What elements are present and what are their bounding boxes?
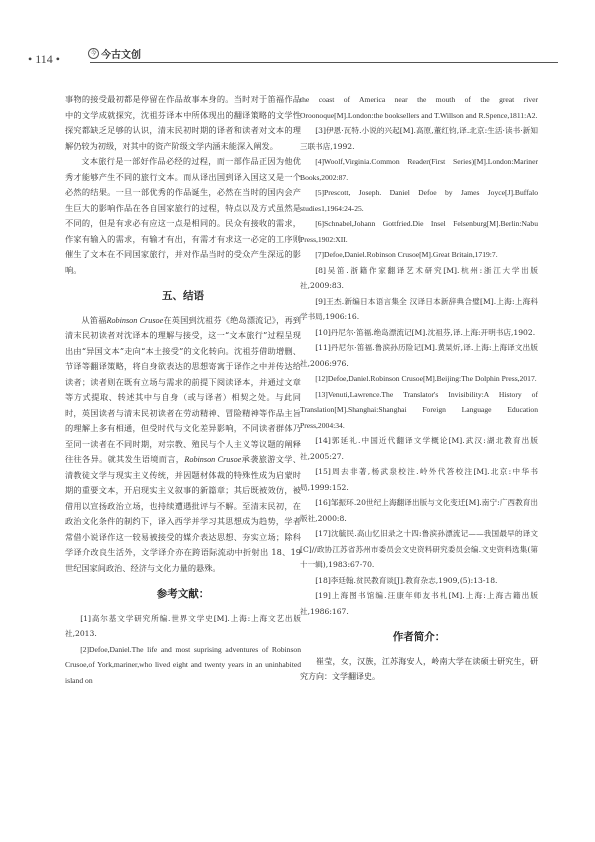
journal-brand: 今 今古文创	[88, 46, 141, 61]
page-number: • 114 •	[28, 52, 60, 67]
reference-item: [9]王杰.新编日本语言集全 汉译日本新辞典合璧[M].上海:上海科学书局,19…	[300, 294, 538, 325]
header-divider	[90, 62, 558, 63]
left-column: 事物的接受最初都是停留在作品故事本身的。当时对于笛福作品中的文学成就探究，沈祖芬…	[65, 92, 301, 688]
page-header: • 114 • 今 今古文创	[28, 46, 558, 68]
reference-item: [18]李廷翰.贫民教育谈[J].教育杂志,1909,(5):13-18.	[300, 573, 538, 589]
reference-item: [6]Schnabel,Johann Gottfried.Die Insel F…	[300, 216, 538, 247]
reference-item: [7]Defoe,Daniel.Robinson Crusoe[M].Great…	[300, 247, 538, 263]
section-heading-conclusion: 五、结语	[65, 289, 301, 305]
text-run: 承袭旅游文学、清教徒文学与现实主义传统，并因题材体裁的特殊性成为启蒙时期的重要文…	[65, 454, 301, 573]
reference-item: [14]郭延礼.中国近代翻译文学概论[M].武汉:湖北教育出版社,2005:27…	[300, 433, 538, 464]
reference-item: [12]Defoe,Daniel.Robinson Crusoe[M].Beij…	[300, 371, 538, 387]
reference-item: [16]邹振环.20世纪上海翻译出版与文化变迁[M].南宁:广西教育出版社,20…	[300, 495, 538, 526]
reference-item: [2]Defoe,Daniel.The life and most supris…	[65, 642, 301, 689]
text-run: 从笛福	[81, 315, 106, 325]
book-title-italic: Robinson Crusoe	[184, 455, 241, 464]
reference-item: [15]周去非著,杨武泉校注.岭外代答校注[M].北京:中华书局,1999:15…	[300, 464, 538, 495]
book-title-italic: Robinson Crusoe	[106, 316, 163, 325]
reference-item: [13]Venuti,Lawrence.The Translator's Inv…	[300, 387, 538, 434]
reference-item: [8]吴笛.浙籍作家翻译艺术研究[M].杭州:浙江大学出版社,2009:83.	[300, 263, 538, 294]
reference-item: [11]丹尼尔·笛福.鲁滨孙历险记[M].黄杲炘,译.上海:上海译文出版社,20…	[300, 340, 538, 371]
reference-item: [4]Woolf,Virginia.Common Reader(First Se…	[300, 154, 538, 185]
conclusion-paragraph: 从笛福Robinson Crusoe在英国到沈祖芬《绝岛漂流记》，再到清末民初读…	[65, 313, 301, 577]
body-paragraph: 文本旅行是一部好作品必经的过程，而一部作品正因为他优秀才能够产生不同的旅行文本。…	[65, 154, 301, 278]
reference-item: [1]高尔基文学研究所编.世界文学史[M].上海:上海文艺出版社,2013.	[65, 611, 301, 642]
reference-item: [10]丹尼尔·笛福.绝岛漂流记[M].沈祖芬,译.上海:开明书店,1902.	[300, 325, 538, 341]
journal-name: 今古文创	[101, 46, 141, 61]
references-heading: 参考文献：	[65, 587, 301, 603]
right-column: the coast of America near the mouth of t…	[300, 92, 538, 685]
journal-logo-icon: 今	[88, 48, 99, 59]
author-heading: 作者简介：	[300, 630, 538, 646]
body-paragraph: 事物的接受最初都是停留在作品故事本身的。当时对于笛福作品中的文学成就探究，沈祖芬…	[65, 92, 301, 154]
text-run: 在英国到沈祖芬《绝岛漂流记》，再到清末民初读者对沈译本的理解与接受，这一“文本旅…	[65, 315, 301, 465]
reference-item-continued: the coast of America near the mouth of t…	[300, 92, 538, 123]
reference-item: [19]上海图书馆编.汪康年师友书札[M].上海:上海古籍出版社,1986:16…	[300, 588, 538, 619]
reference-item: [17]沈毓民.高山忆旧录之十四:鲁滨孙漂流记——我国最早的译文[C]//政协江…	[300, 526, 538, 573]
reference-item: [5]Prescott, Joseph. Daniel Defoe by Jam…	[300, 185, 538, 216]
reference-item: [3]伊恩·瓦特.小说的兴起[M].高原,董红钧,译.北京:生活·读书·新知三联…	[300, 123, 538, 154]
author-bio: 崔莹，女，汉族，江苏海安人，岭南大学在读硕士研究生，研究方向：文学翻译史。	[300, 654, 538, 685]
